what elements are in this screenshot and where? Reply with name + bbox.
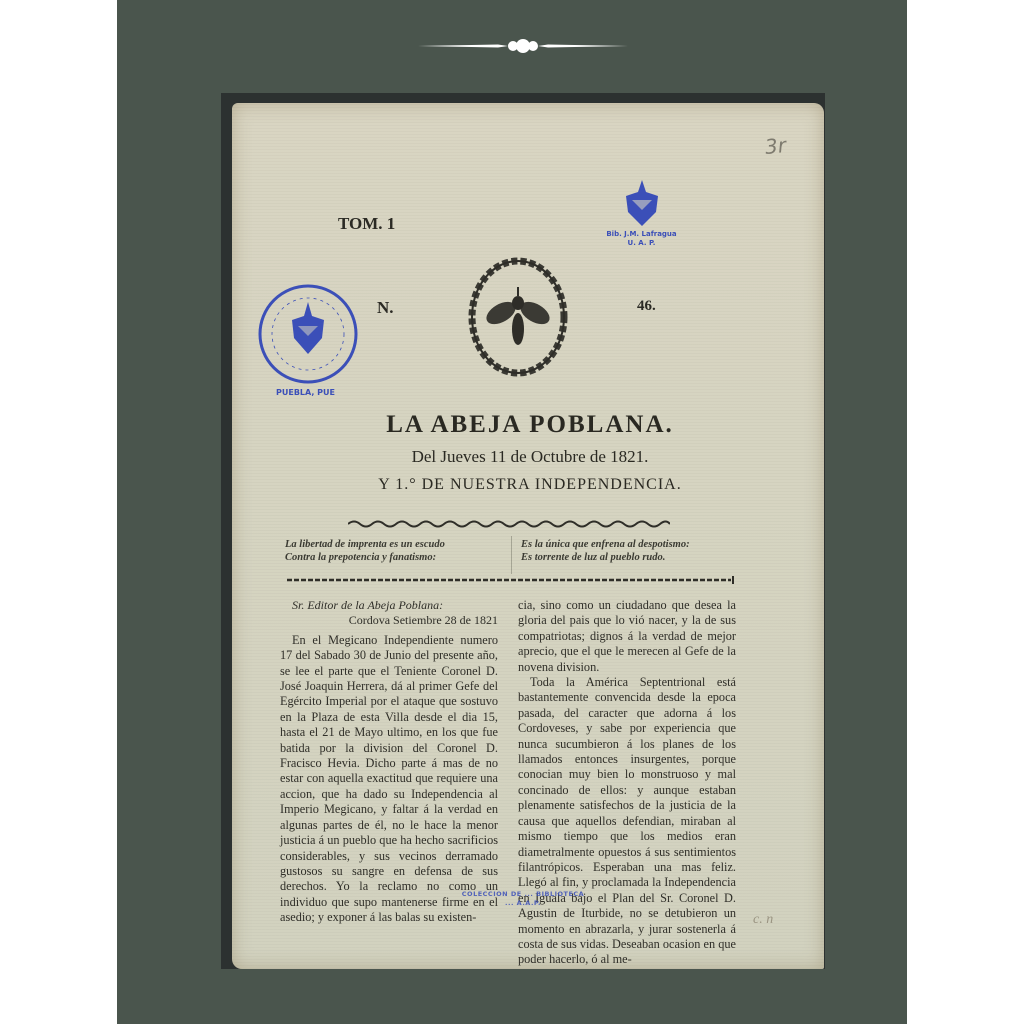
motto-left-line2: Contra la prepotencia y fanatismo:: [285, 551, 500, 564]
pencil-folio-number: 3r: [764, 133, 787, 159]
issue-date: Del Jueves 11 de Octubre de 1821.: [330, 446, 730, 468]
motto-divider: [511, 536, 512, 574]
letter-place-date: Cordova Setiembre 28 de 1821: [280, 613, 498, 628]
circular-seal-icon: [254, 280, 362, 388]
bee-wreath-icon: [463, 253, 573, 381]
article-column-right: cia, sino como un ciudadano que desea la…: [518, 598, 736, 968]
newspaper-title: LA ABEJA POBLANA.: [330, 408, 730, 442]
chain-rule-divider: [285, 576, 735, 584]
article-paragraph: Toda la América Septentrional está basta…: [518, 675, 736, 968]
stamp-bottom-line1: COLECCION DE ... BIBLIOTECA: [438, 890, 608, 899]
letter-salutation: Sr. Editor de la Abeja Poblana:: [280, 598, 498, 613]
masthead: LA ABEJA POBLANA. Del Jueves 11 de Octub…: [330, 408, 730, 496]
library-stamp-left: PUEBLA, PUE: [254, 280, 362, 402]
stamp-right-line1: Bib. J.M. Lafragua: [594, 230, 689, 239]
collection-stamp-bottom: COLECCION DE ... BIBLIOTECA ... A.A.P.: [438, 890, 608, 908]
motto-right: Es la única que enfrena al despotismo: E…: [521, 538, 731, 564]
motto-left-line1: La libertad de imprenta es un escudo: [285, 538, 500, 551]
independence-year: Y 1.° DE NUESTRA INDEPENDENCIA.: [330, 474, 730, 496]
stamp-left-city: PUEBLA, PUE: [276, 388, 335, 397]
stamp-right-line2: U. A. P.: [594, 239, 689, 248]
article-continuation: cia, sino como un ciudadano que desea la…: [518, 598, 736, 675]
motto-right-line1: Es la única que enfrena al despotismo:: [521, 538, 731, 551]
stamp-bottom-line2: ... A.A.P.: [438, 899, 608, 908]
issue-number-value: 46.: [637, 298, 656, 315]
shield-crest-icon: [622, 178, 662, 230]
library-stamp-right: Bib. J.M. Lafragua U. A. P.: [594, 178, 689, 260]
article-paragraph: En el Megicano Independiente numero 17 d…: [280, 633, 498, 926]
pencil-mark-bottom: c. n: [753, 912, 773, 928]
wavy-rule-divider: [348, 519, 670, 529]
tome-label: TOM. 1: [338, 214, 395, 234]
mottos-block: La libertad de imprenta es un escudo Con…: [285, 538, 725, 572]
article-column-left: Sr. Editor de la Abeja Poblana: Cordova …: [280, 598, 498, 926]
issue-number-label: N.: [377, 298, 394, 318]
motto-right-line2: Es torrente de luz al pueblo rudo.: [521, 551, 731, 564]
motto-left: La libertad de imprenta es un escudo Con…: [285, 538, 500, 564]
ornament-divider-icon: [418, 36, 628, 56]
